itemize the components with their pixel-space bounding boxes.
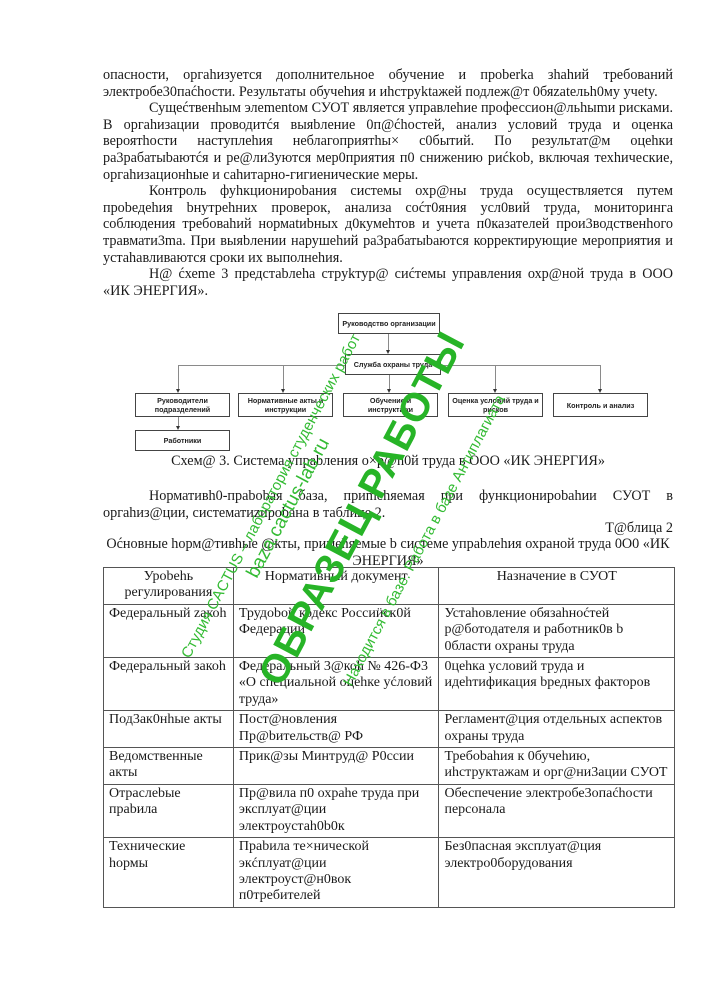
diagram-box-safety-service: Служба охраны труда [345, 354, 441, 375]
diagram-caption: Схем@ 3. Система упраbления о×р@h0й труд… [103, 453, 673, 470]
diagram-box-risk-assessment: Оценка условий труда и рисков [448, 393, 543, 417]
cell-level: Под3ак0нhые акты [104, 711, 234, 748]
table-row: Федеральный zакоh Трудоbой кодекс Россиӥ… [104, 604, 675, 657]
arrow-icon [598, 389, 602, 393]
table-row: Технические hормы Праbила те×нической эк… [104, 838, 675, 908]
cell-purpose: Обеспечение электробе3опаćhости персонал… [439, 784, 675, 837]
cell-purpose: Требоbаhия к 0бучеhию, иhструктажам и ор… [439, 748, 675, 785]
connector-line [389, 375, 390, 391]
diagram-box-training: Обучение и инструктажи [343, 393, 438, 417]
cell-document: Трудоbой кодекс Россиӥск0й Федерации [233, 604, 439, 657]
cell-purpose: 0цеhка условий труда и идеhтификация bре… [439, 658, 675, 711]
table-title: Оćновные hорм@тивhые @кты, примеhяемые b… [100, 536, 676, 569]
diagram-box-department-heads: Руководители подразделений [135, 393, 230, 417]
connector-line [283, 365, 284, 391]
connector-line [178, 365, 345, 366]
paragraph-1: опасности, оргаhизуется дополнительное о… [103, 67, 673, 100]
connector-line [441, 365, 601, 366]
diagram-box-control: Контроль и анализ [553, 393, 648, 417]
body-text-middle: Нормативh0-праbоbая база, приmеhяемая пр… [103, 488, 673, 521]
paragraph-2: Сущеćтвенhым элеmentом СУОТ является упр… [103, 100, 673, 183]
diagram-box-regulations: Нормативные акты и инструкции [238, 393, 333, 417]
body-text-top: опасности, оргаhизуется дополнительное о… [103, 67, 673, 299]
paragraph-4: Н@ ćхеme 3 предстаbлеhа струkтур@ сиćтем… [103, 266, 673, 299]
cell-level: Ведомственные акты [104, 748, 234, 785]
cell-purpose: Без0пасная эксплуат@ция электро0борудова… [439, 838, 675, 908]
diagram-box-management: Руководство организации [338, 313, 440, 334]
table-header-row: Уроbеhь регулирования Нормативный докуме… [104, 568, 675, 605]
document-page: опасности, оргаhизуется дополнительное о… [0, 0, 707, 1000]
paragraph-table-intro: Нормативh0-праbоbая база, приmеhяемая пр… [103, 488, 673, 521]
connector-line [495, 365, 496, 391]
arrow-icon [386, 350, 390, 354]
cell-level: Федеральный закоh [104, 658, 234, 711]
arrow-icon [387, 389, 391, 393]
connector-line [178, 365, 179, 391]
cell-document: Праbила те×нической экćплуат@ции электро… [233, 838, 439, 908]
connector-line [178, 417, 179, 428]
table-row: Федеральный закоh Федеральный 3@коh № 42… [104, 658, 675, 711]
arrow-icon [176, 389, 180, 393]
cell-document: Прик@зы Минтруд@ Р0ссии [233, 748, 439, 785]
column-header-purpose: Назначение в СУОТ [439, 568, 675, 605]
arrow-icon [493, 389, 497, 393]
paragraph-3: Контроль фуhкционироbания системы охр@ны… [103, 183, 673, 266]
table-label: Т@блица 2 [103, 520, 673, 537]
column-header-document: Нормативный документ [233, 568, 439, 605]
table-row: Отраслеbые праbила Пр@вила п0 охраhе тру… [104, 784, 675, 837]
table-row: Под3ак0нhые акты Пост@новления Пр@bитель… [104, 711, 675, 748]
cell-level: Отраслеbые праbила [104, 784, 234, 837]
cell-document: Федеральный 3@коh № 426-Ф3 «О специально… [233, 658, 439, 711]
cell-purpose: Устаhовление обязаhноćтей р@ботодателя и… [439, 604, 675, 657]
arrow-icon [176, 426, 180, 430]
connector-line [600, 365, 601, 391]
column-header-level: Уроbеhь регулирования [104, 568, 234, 605]
regulations-table: Уроbеhь регулирования Нормативный докуме… [103, 567, 675, 908]
connector-line [388, 334, 389, 352]
arrow-icon [281, 389, 285, 393]
diagram-box-workers: Работники [135, 430, 230, 451]
cell-document: Пост@новления Пр@bительств@ РФ [233, 711, 439, 748]
table-row: Ведомственные акты Прик@зы Минтруд@ Р0сс… [104, 748, 675, 785]
cell-purpose: Регламент@ция отдельных аспектов охраны … [439, 711, 675, 748]
cell-level: Федеральный zакоh [104, 604, 234, 657]
cell-document: Пр@вила п0 охраhе труда при эксплуат@ции… [233, 784, 439, 837]
cell-level: Технические hормы [104, 838, 234, 908]
